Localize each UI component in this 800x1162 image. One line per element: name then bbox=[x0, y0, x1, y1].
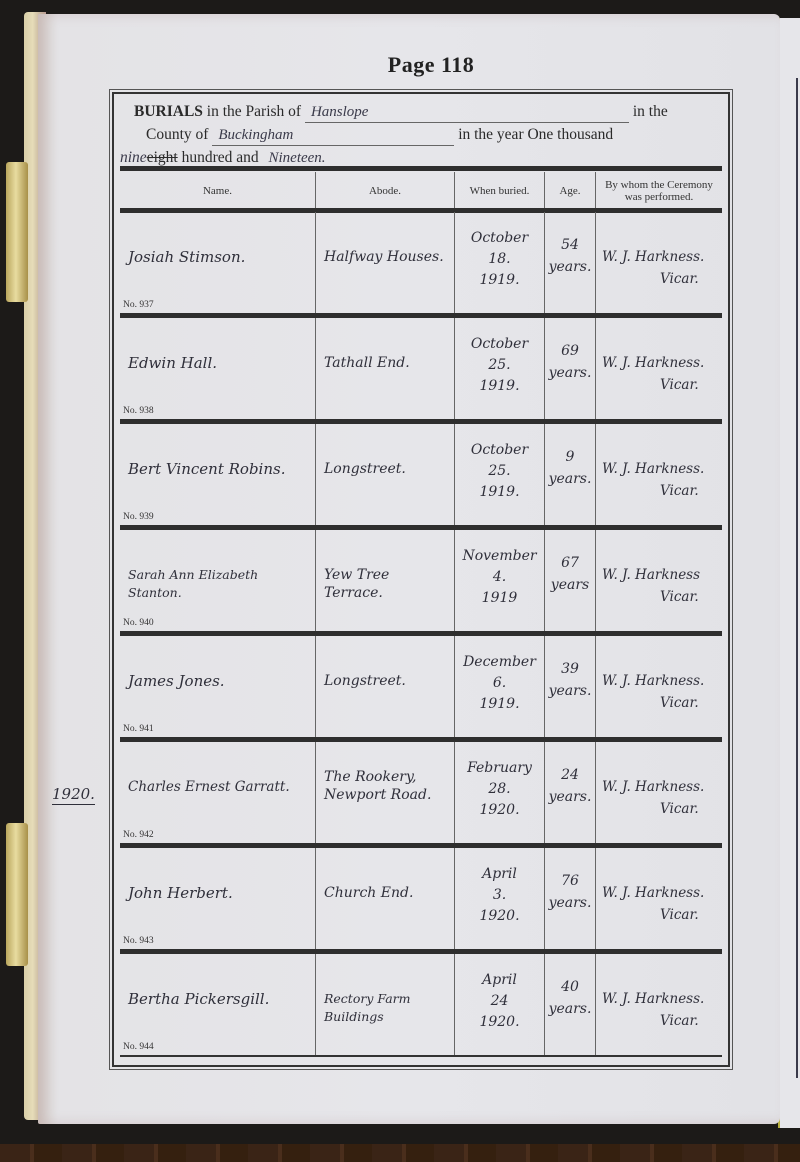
cell-officiant: W. J. Harkness.Vicar. bbox=[596, 954, 722, 1055]
county-field: Buckingham bbox=[212, 125, 454, 146]
entry-number: No. 941 bbox=[123, 724, 154, 734]
age-unit: years. bbox=[545, 256, 595, 278]
burial-year: 1919 bbox=[455, 588, 544, 609]
heading-in-the: in the bbox=[633, 100, 668, 123]
burial-register-frame: BURIALS in the Parish of Hanslope in the… bbox=[112, 92, 730, 1067]
burial-name: Sarah Ann Elizabeth Stanton. bbox=[128, 566, 311, 602]
burial-day: 24 bbox=[455, 991, 544, 1012]
cell-age: 39years. bbox=[545, 636, 596, 737]
officiant-title: Vicar. bbox=[602, 692, 718, 714]
margin-year-note: 1920. bbox=[52, 785, 95, 805]
heading-year-label: in the year One thousand bbox=[458, 123, 613, 146]
age-value: 39 bbox=[545, 658, 595, 680]
burial-abode: Rectory Farm Buildings bbox=[324, 990, 450, 1026]
burial-day: 28. bbox=[455, 779, 544, 800]
parish-field: Hanslope bbox=[305, 102, 629, 123]
cell-abode: Longstreet. bbox=[316, 424, 455, 525]
officiant-name: W. J. Harkness. bbox=[602, 461, 704, 477]
burial-day: 4. bbox=[455, 567, 544, 588]
officiant-title: Vicar. bbox=[602, 798, 718, 820]
burial-year: 1919. bbox=[455, 694, 544, 715]
binding-tape-bottom bbox=[6, 823, 28, 966]
age-value: 67 bbox=[545, 552, 595, 574]
cell-when-buried: November4.1919 bbox=[455, 530, 545, 631]
officiant-name: W. J. Harkness. bbox=[602, 991, 704, 1007]
table-row: Bert Vincent Robins.No. 939 Longstreet. … bbox=[120, 424, 722, 530]
officiant-name: W. J. Harkness bbox=[602, 567, 700, 583]
table-row: Edwin Hall.No. 938 Tathall End. October2… bbox=[120, 318, 722, 424]
officiant-title: Vicar. bbox=[602, 374, 718, 396]
cell-officiant: W. J. Harkness.Vicar. bbox=[596, 848, 722, 949]
officiant-name: W. J. Harkness. bbox=[602, 355, 704, 371]
heading-parish-label: in the Parish of bbox=[207, 100, 301, 123]
burial-abode: Yew Tree Terrace. bbox=[324, 566, 450, 602]
table-row: Josiah Stimson.No. 937 Halfway Houses. O… bbox=[120, 212, 722, 318]
cell-abode: Church End. bbox=[316, 848, 455, 949]
age-value: 24 bbox=[545, 764, 595, 786]
col-name: Name. bbox=[120, 172, 316, 210]
cell-name: Edwin Hall.No. 938 bbox=[120, 318, 316, 419]
cell-when-buried: October25.1919. bbox=[455, 424, 545, 525]
burial-name: Charles Ernest Garratt. bbox=[128, 778, 311, 796]
burial-day: 6. bbox=[455, 673, 544, 694]
officiant-name: W. J. Harkness. bbox=[602, 673, 704, 689]
cell-age: 67years bbox=[545, 530, 596, 631]
cell-age: 40years. bbox=[545, 954, 596, 1055]
entry-number: No. 942 bbox=[123, 830, 154, 840]
burial-abode: Longstreet. bbox=[324, 672, 450, 690]
burial-month: December bbox=[455, 652, 544, 673]
burial-abode: Tathall End. bbox=[324, 354, 450, 372]
cell-age: 76years. bbox=[545, 848, 596, 949]
table-row: Bertha Pickersgill.No. 944 Rectory Farm … bbox=[120, 954, 722, 1057]
facing-page-frame bbox=[796, 78, 800, 1078]
burial-abode: Longstreet. bbox=[324, 460, 450, 478]
heading-county-label: County of bbox=[146, 123, 208, 146]
burial-abode: Church End. bbox=[324, 884, 450, 902]
burial-month: November bbox=[455, 546, 544, 567]
age-unit: years. bbox=[545, 892, 595, 914]
cell-name: John Herbert.No. 943 bbox=[120, 848, 316, 949]
cell-when-buried: April241920. bbox=[455, 954, 545, 1055]
burial-name: Bert Vincent Robins. bbox=[128, 460, 311, 478]
cell-when-buried: October25.1919. bbox=[455, 318, 545, 419]
entry-number: No. 938 bbox=[123, 406, 154, 416]
burial-month: October bbox=[455, 334, 544, 355]
cell-name: Charles Ernest Garratt.No. 942 bbox=[120, 742, 316, 843]
officiant-name: W. J. Harkness. bbox=[602, 885, 704, 901]
age-unit: years bbox=[545, 574, 595, 596]
burial-abode: Halfway Houses. bbox=[324, 248, 450, 266]
officiant-title: Vicar. bbox=[602, 586, 718, 608]
age-unit: years. bbox=[545, 468, 595, 490]
col-abode: Abode. bbox=[316, 172, 455, 210]
cell-officiant: W. J. Harkness.Vicar. bbox=[596, 742, 722, 843]
burial-month: October bbox=[455, 440, 544, 461]
heading-burials: BURIALS bbox=[134, 100, 203, 123]
header-rule bbox=[120, 166, 722, 171]
entry-number: No. 944 bbox=[123, 1042, 154, 1052]
table-surface bbox=[0, 1144, 800, 1162]
burial-year: 1919. bbox=[455, 270, 544, 291]
cell-name: Sarah Ann Elizabeth Stanton.No. 940 bbox=[120, 530, 316, 631]
officiant-name: W. J. Harkness. bbox=[602, 249, 704, 265]
entry-number: No. 939 bbox=[123, 512, 154, 522]
officiant-title: Vicar. bbox=[602, 480, 718, 502]
burial-year: 1920. bbox=[455, 906, 544, 927]
table-row: Charles Ernest Garratt.No. 942 The Rooke… bbox=[120, 742, 722, 848]
age-unit: years. bbox=[545, 362, 595, 384]
cell-officiant: W. J. Harkness.Vicar. bbox=[596, 636, 722, 737]
age-value: 76 bbox=[545, 870, 595, 892]
burial-month: April bbox=[455, 864, 544, 885]
cell-abode: Rectory Farm Buildings bbox=[316, 954, 455, 1055]
cell-abode: Longstreet. bbox=[316, 636, 455, 737]
officiant-name: W. J. Harkness. bbox=[602, 779, 704, 795]
burial-year: 1920. bbox=[455, 800, 544, 821]
age-value: 40 bbox=[545, 976, 595, 998]
cell-name: Bertha Pickersgill.No. 944 bbox=[120, 954, 316, 1055]
burial-month: February bbox=[455, 758, 544, 779]
table-row: James Jones.No. 941 Longstreet. December… bbox=[120, 636, 722, 742]
cell-age: 69years. bbox=[545, 318, 596, 419]
cell-officiant: W. J. HarknessVicar. bbox=[596, 530, 722, 631]
cell-name: Josiah Stimson.No. 937 bbox=[120, 212, 316, 313]
binding-tape-top bbox=[6, 162, 28, 302]
cell-when-buried: April3.1920. bbox=[455, 848, 545, 949]
burial-day: 3. bbox=[455, 885, 544, 906]
burial-name: John Herbert. bbox=[128, 884, 311, 902]
col-when-buried: When buried. bbox=[455, 172, 545, 210]
cell-name: James Jones.No. 941 bbox=[120, 636, 316, 737]
age-value: 9 bbox=[545, 446, 595, 468]
facing-page-edge bbox=[778, 18, 800, 1128]
entry-number: No. 940 bbox=[123, 618, 154, 628]
register-heading: BURIALS in the Parish of Hanslope in the… bbox=[134, 100, 720, 169]
officiant-title: Vicar. bbox=[602, 1010, 718, 1032]
entry-number: No. 943 bbox=[123, 936, 154, 946]
burial-name: James Jones. bbox=[128, 672, 311, 690]
burial-year: 1920. bbox=[455, 1012, 544, 1033]
column-headers: Name. Abode. When buried. Age. By whom t… bbox=[120, 172, 722, 210]
age-unit: years. bbox=[545, 680, 595, 702]
cell-officiant: W. J. Harkness.Vicar. bbox=[596, 212, 722, 313]
cell-abode: Halfway Houses. bbox=[316, 212, 455, 313]
cell-age: 54years. bbox=[545, 212, 596, 313]
cell-when-buried: December6.1919. bbox=[455, 636, 545, 737]
entry-number: No. 937 bbox=[123, 300, 154, 310]
cell-age: 9years. bbox=[545, 424, 596, 525]
burial-day: 18. bbox=[455, 249, 544, 270]
cell-abode: Yew Tree Terrace. bbox=[316, 530, 455, 631]
burial-day: 25. bbox=[455, 461, 544, 482]
burial-abode: The Rookery, Newport Road. bbox=[324, 768, 450, 804]
cell-officiant: W. J. Harkness.Vicar. bbox=[596, 424, 722, 525]
cell-age: 24years. bbox=[545, 742, 596, 843]
burial-name: Edwin Hall. bbox=[128, 354, 311, 372]
table-row: Sarah Ann Elizabeth Stanton.No. 940 Yew … bbox=[120, 530, 722, 636]
col-age: Age. bbox=[545, 172, 596, 210]
cell-abode: The Rookery, Newport Road. bbox=[316, 742, 455, 843]
burial-name: Bertha Pickersgill. bbox=[128, 990, 311, 1008]
age-value: 69 bbox=[545, 340, 595, 362]
burial-year: 1919. bbox=[455, 376, 544, 397]
burial-month: April bbox=[455, 970, 544, 991]
officiant-title: Vicar. bbox=[602, 268, 718, 290]
age-value: 54 bbox=[545, 234, 595, 256]
col-by-whom: By whom the Ceremony was performed. bbox=[596, 172, 722, 210]
cell-when-buried: February28.1920. bbox=[455, 742, 545, 843]
cell-name: Bert Vincent Robins.No. 939 bbox=[120, 424, 316, 525]
age-unit: years. bbox=[545, 786, 595, 808]
burial-day: 25. bbox=[455, 355, 544, 376]
officiant-title: Vicar. bbox=[602, 904, 718, 926]
table-row: John Herbert.No. 943 Church End. April3.… bbox=[120, 848, 722, 954]
burial-entries: Josiah Stimson.No. 937 Halfway Houses. O… bbox=[120, 212, 722, 1057]
burial-name: Josiah Stimson. bbox=[128, 248, 311, 266]
cell-abode: Tathall End. bbox=[316, 318, 455, 419]
page-title: Page 118 bbox=[0, 52, 800, 78]
burial-year: 1919. bbox=[455, 482, 544, 503]
cell-when-buried: October18.1919. bbox=[455, 212, 545, 313]
burial-month: October bbox=[455, 228, 544, 249]
cell-officiant: W. J. Harkness.Vicar. bbox=[596, 318, 722, 419]
age-unit: years. bbox=[545, 998, 595, 1020]
